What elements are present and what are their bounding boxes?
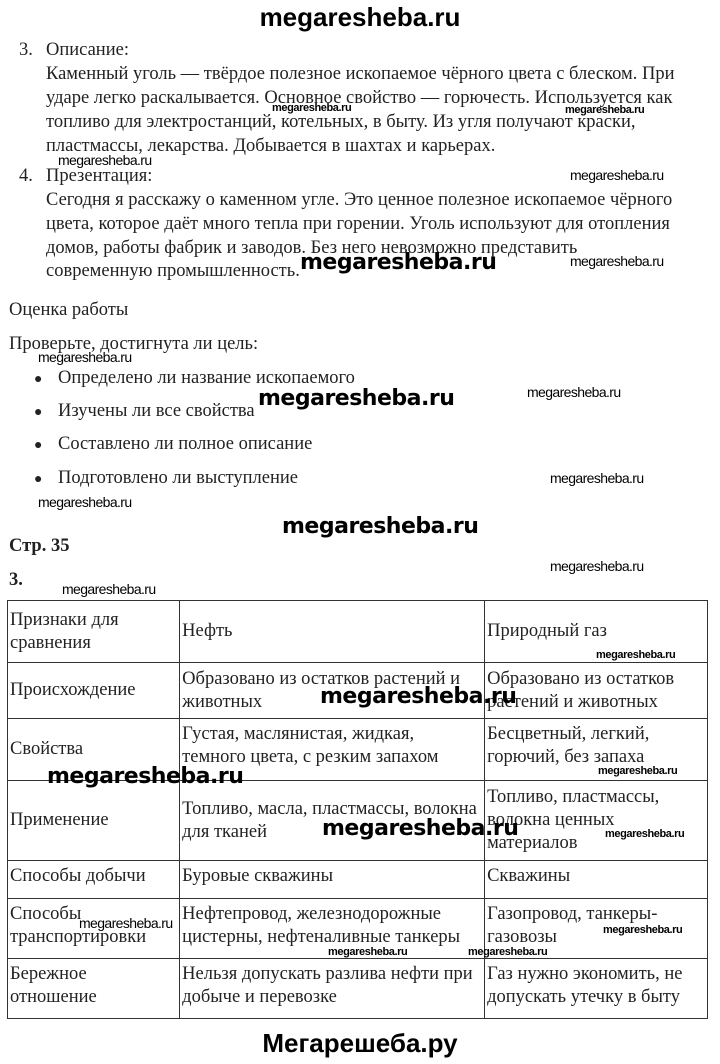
item-3-title: Описание:	[46, 40, 129, 61]
site-footer[interactable]: Мегарешеба.ру	[0, 1028, 720, 1059]
watermark[interactable]: megaresheba.ru	[550, 470, 644, 486]
watermark[interactable]: megaresheba.ru	[468, 946, 547, 958]
watermark[interactable]: megaresheba.ru	[58, 152, 152, 168]
page-reference: Стр. 35	[9, 536, 69, 557]
table-row: Способы добычи Буровые скважины Скважины	[8, 861, 708, 899]
watermark[interactable]: megaresheba.ru	[605, 828, 684, 840]
header-cell: Нефть	[180, 601, 485, 663]
table-cell: Буровые скважины	[180, 861, 485, 899]
watermark[interactable]: megaresheba.ru	[38, 349, 132, 365]
watermark[interactable]: megaresheba.ru	[527, 384, 621, 400]
evaluation-heading: Оценка работы	[9, 300, 128, 321]
item-3-number: 3.	[19, 40, 33, 61]
item-4-number: 4.	[19, 166, 33, 187]
table-cell: Нельзя допускать разлива нефти при добыч…	[180, 959, 485, 1019]
bullet-icon: ●	[34, 405, 42, 421]
header-cell: Признаки для сравнения	[8, 601, 180, 663]
watermark[interactable]: megaresheba.ru	[570, 253, 664, 269]
item-3-line: топливо для электростанций, котельных, в…	[46, 112, 636, 133]
table-cell: Бережное отношение	[8, 959, 180, 1019]
watermark[interactable]: megaresheba.ru	[322, 816, 518, 841]
watermark[interactable]: megaresheba.ru	[565, 104, 644, 116]
bullet-icon: ●	[34, 372, 42, 388]
watermark[interactable]: megaresheba.ru	[328, 946, 407, 958]
watermark[interactable]: megaresheba.ru	[596, 649, 675, 661]
bullet-icon: ●	[34, 438, 42, 454]
table-cell: Образовано из остатков растений и животн…	[485, 663, 708, 719]
item-4-line: цвета, которое даёт много тепла при горе…	[46, 214, 670, 235]
table-cell: Способы добычи	[8, 861, 180, 899]
watermark[interactable]: megaresheba.ru	[570, 167, 664, 183]
watermark[interactable]: megaresheba.ru	[62, 581, 156, 597]
evaluation-bullet: Подготовлено ли выступление	[58, 468, 298, 489]
task-number: 3.	[9, 570, 23, 591]
watermark[interactable]: megaresheba.ru	[79, 915, 173, 931]
watermark[interactable]: megaresheba.ru	[282, 514, 478, 539]
watermark[interactable]: megaresheba.ru	[550, 558, 644, 574]
watermark[interactable]: megaresheba.ru	[38, 494, 132, 510]
watermark[interactable]: megaresheba.ru	[598, 765, 677, 777]
table-row: Бережное отношение Нельзя допускать разл…	[8, 959, 708, 1019]
watermark[interactable]: megaresheba.ru	[272, 102, 351, 114]
item-4-line: современную промышленность.	[46, 261, 300, 282]
item-3-line: Каменный уголь — твёрдое полезное ископа…	[46, 64, 675, 85]
watermark[interactable]: megaresheba.ru	[603, 924, 682, 936]
table-cell: Газ нужно экономить, не допускать утечку…	[485, 959, 708, 1019]
watermark[interactable]: megaresheba.ru	[258, 386, 454, 411]
evaluation-bullet: Составлено ли полное описание	[58, 434, 312, 455]
watermark[interactable]: megaresheba.ru	[300, 250, 496, 275]
site-header[interactable]: megaresheba.ru	[0, 2, 720, 33]
bullet-icon: ●	[34, 472, 42, 488]
evaluation-bullet: Изучены ли все свойства	[58, 401, 255, 422]
item-4-line: Сегодня я расскажу о каменном угле. Это …	[46, 190, 672, 211]
watermark[interactable]: megaresheba.ru	[320, 684, 516, 709]
table-cell: Происхождение	[8, 663, 180, 719]
table-cell: Применение	[8, 781, 180, 861]
watermark[interactable]: megaresheba.ru	[47, 764, 243, 789]
table-cell: Скважины	[485, 861, 708, 899]
item-4-title: Презентация:	[46, 166, 152, 187]
